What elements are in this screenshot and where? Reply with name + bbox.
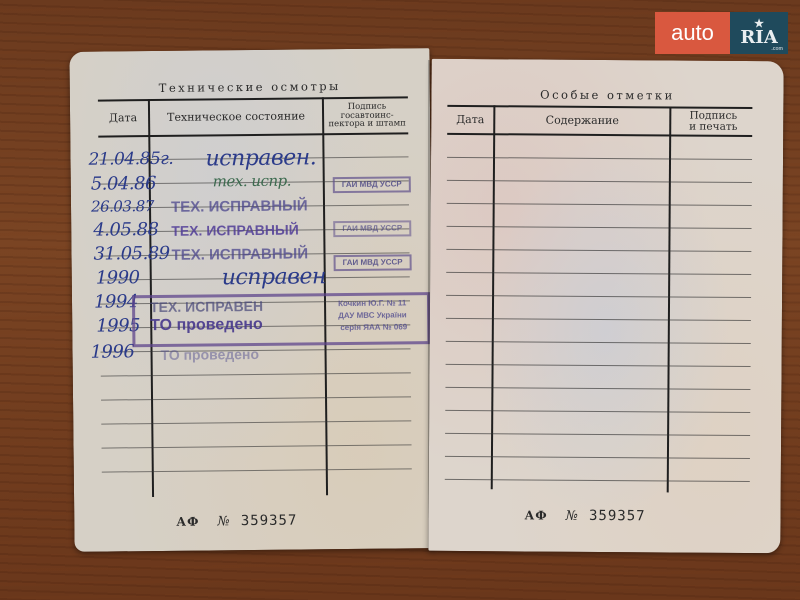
serial-prefix: АФ [176,515,199,529]
entry-date: 1996 [90,341,134,362]
serial-value: 359357 [589,508,646,524]
serial-number: АФ№359357 [176,513,297,530]
entry-date: 4.05.88 [93,219,158,241]
gai-stamp: ГАИ МВД УССР [333,176,411,192]
gai-stamp: ГАИ МВД УССР [333,220,411,236]
logo-ria: ★ RIA .com [730,12,788,54]
number-sign: № [217,514,230,529]
column-header-signature: Подпись и печать [673,107,753,136]
autoria-watermark: auto ★ RIA .com [655,12,788,54]
stamp-status: ТО проведено [150,316,263,335]
stamp-status: ТЕХ. ИСПРАВНЫЙ [171,245,308,263]
logo-com-text: .com [771,46,783,52]
serial-number: АФ№359357 [524,507,645,524]
column-header-date: Дата [98,103,148,134]
column-divider [491,105,495,489]
column-header-signature: Подпись госавтоинс-пектора и штамп [326,98,408,133]
technical-inspections-page: Технические осмотры Дата Техническое сос… [69,48,434,552]
stamp-status: ТЕХ. ИСПРАВНЫЙ [171,197,308,215]
stamp-status: ТЕХ. ИСПРАВНЫЙ [171,222,299,239]
entry-status: исправен. [205,145,316,171]
entry-date: 1990 [96,267,140,288]
logo-ria-text: RIA [740,27,777,48]
gai-stamp: ГАИ МВД УССР [334,254,412,270]
column-header-date: Дата [447,107,493,133]
header-bottom-rule [98,132,408,137]
entry-date: 5.04.86 [91,173,156,195]
column-header-status: Техническое состояние [150,101,322,133]
ruled-rows [69,48,429,52]
number-sign: № [566,509,579,524]
entry-status: исправен [222,264,326,290]
entry-status: тех. испр. [213,172,291,191]
inspector-stamp-line: серія ЯАА № 069 [340,322,407,332]
logo-auto: auto [655,12,730,54]
page-title: Технические осмотры [70,78,430,96]
special-notes-page: Особые отметки Дата Содержание Подпись и… [428,59,783,553]
stamp-status: ТЕХ. ИСПРАВЕН [150,298,263,315]
serial-prefix: АФ [524,508,547,522]
entry-date: 26.03.87 [91,197,154,216]
ruled-rows [432,59,784,61]
inspector-stamp-line: Кочкин Ю.Г. № 11 [338,298,406,308]
serial-value: 359357 [241,513,298,530]
entry-date: 21.04.85г. [88,149,173,170]
column-header-content: Содержание [495,107,669,134]
page-title: Особые отметки [431,87,783,103]
inspector-stamp-line: ДАУ МВС України [338,310,407,320]
entry-date: 31.05.89 [93,243,169,265]
stamp-status: ТО проведено [160,346,259,363]
